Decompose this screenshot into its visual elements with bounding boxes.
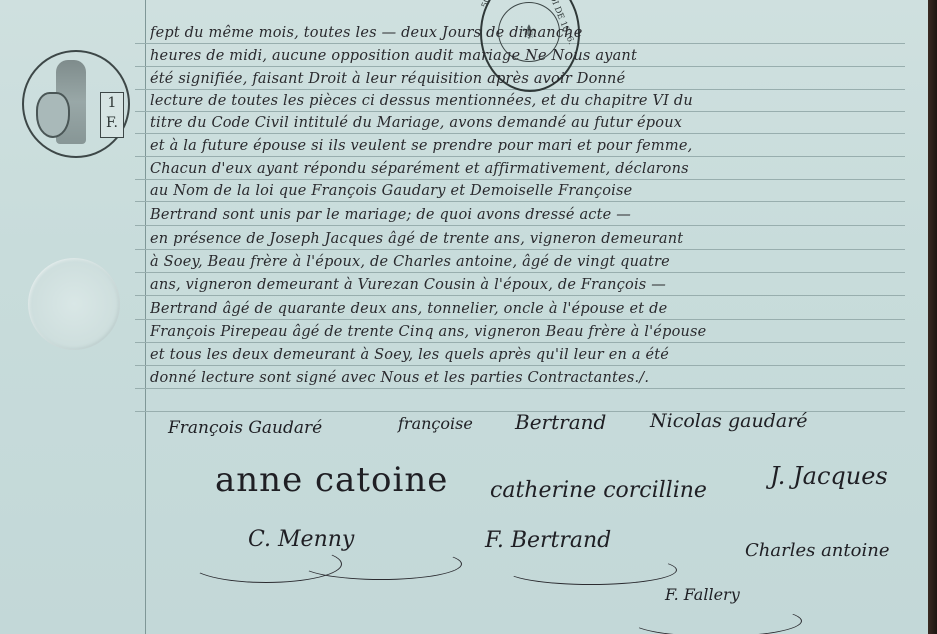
- margin-line: [145, 0, 146, 634]
- tax-stamp-left-text: 50 C. EN SUS: [480, 0, 510, 9]
- page-edge-shadow: [928, 0, 937, 634]
- body-line: Chacun d'eux ayant répondu séparément et…: [150, 158, 910, 180]
- body-line: fept du même mois, toutes les — deux Jou…: [150, 22, 910, 44]
- embossed-seal: [28, 258, 120, 350]
- fiscal-stamp: 1 F.: [22, 50, 130, 158]
- body-line: Bertrand sont unis par le mariage; de qu…: [150, 204, 910, 226]
- body-line: ans, vigneron demeurant à Vurezan Cousin…: [150, 274, 910, 296]
- signature: François Gaudaré: [168, 418, 322, 438]
- body-line: en présence de Joseph Jacques âgé de tre…: [150, 228, 910, 250]
- body-line: lecture de toutes les pièces ci dessus m…: [150, 90, 910, 112]
- body-line: Bertrand âgé de quarante deux ans, tonne…: [150, 298, 910, 320]
- signature: J. Jacques: [770, 462, 888, 490]
- signature: françoise: [398, 414, 473, 433]
- stamp-value: 1 F.: [100, 92, 124, 138]
- signature: Bertrand: [515, 410, 606, 434]
- fleur-de-lis-shield-icon: [36, 92, 70, 138]
- signature: catherine corcilline: [490, 478, 707, 503]
- body-line: donné lecture sont signé avec Nous et le…: [150, 367, 910, 389]
- body-line: et à la future épouse si ils veulent se …: [150, 135, 910, 157]
- document-page: 1 F. 50 C. EN SUS LOI DE 1816. ⚜ fept du…: [0, 0, 928, 634]
- signature: Charles antoine: [745, 540, 889, 561]
- body-line: au Nom de la loi que François Gaudary et…: [150, 180, 910, 202]
- signature-flourish: [505, 555, 677, 585]
- signature: anne catoine: [215, 460, 448, 500]
- body-line: et tous les deux demeurant à Soey, les q…: [150, 344, 910, 366]
- body-line: François Pirepeau âgé de trente Cinq ans…: [150, 321, 910, 343]
- signature: Nicolas gaudaré: [650, 410, 808, 432]
- signature-flourish: [300, 548, 462, 580]
- signature-flourish: [630, 605, 802, 634]
- body-line: titre du Code Civil intitulé du Mariage,…: [150, 112, 910, 134]
- body-line: été signifiée, faisant Droit à leur réqu…: [150, 68, 910, 90]
- signature: F. Fallery: [665, 585, 740, 604]
- body-line: heures de midi, aucune opposition audit …: [150, 45, 910, 67]
- body-line: à Soey, Beau frère à l'époux, de Charles…: [150, 251, 910, 273]
- signature: F. Bertrand: [485, 528, 611, 553]
